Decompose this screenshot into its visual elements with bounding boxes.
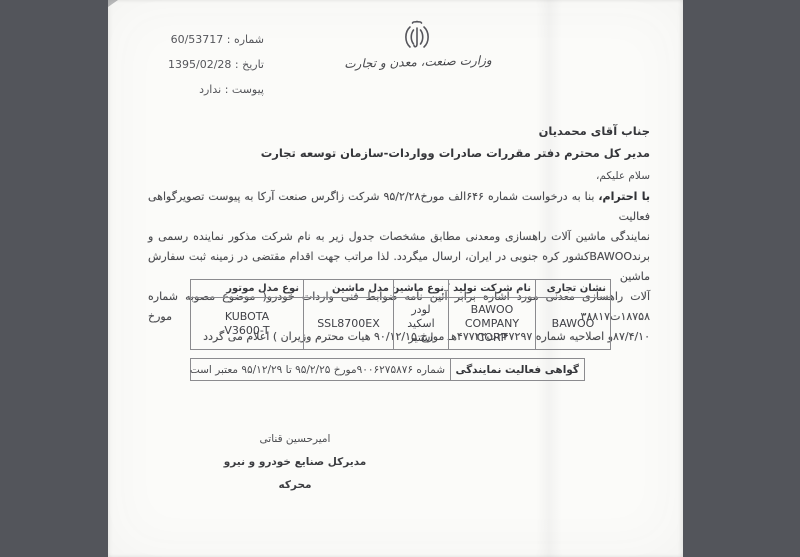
certificate-value: شماره ۹۰۰۶۲۷۵۸۷۶مورخ ۹۵/۲/۲۵ تا ۹۵/۱۲/۲۹… [191, 359, 451, 381]
cell-engine-model: KUBOTA V3600-T [191, 298, 304, 350]
cell-brand: BAWOO [536, 298, 611, 350]
header-machine-model: مدل ماشین [304, 280, 394, 298]
signer-name: امیرحسین قناتی [206, 428, 384, 451]
ministry-name: وزارت صنعت، معدن و تجارت [340, 53, 496, 71]
cell-machine-model: SSL8700EX [304, 298, 394, 350]
document-page: شماره : 60/53717 تاریخ : 1395/02/28 پیوس… [108, 0, 683, 557]
letter-meta-block: شماره : 60/53717 تاریخ : 1395/02/28 پیوس… [138, 27, 264, 102]
header-engine-model: نوع مدل موتور [191, 280, 304, 298]
letter-number-label: شماره : [227, 33, 264, 46]
letter-date-label: تاریخ : [235, 58, 264, 71]
screenshot-backdrop: شماره : 60/53717 تاریخ : 1395/02/28 پیوس… [0, 0, 800, 557]
salutation: سلام علیکم، [596, 170, 650, 182]
cell-manufacturer: BAWOO COMPANY CORP [449, 298, 536, 350]
certificate-label: گواهی فعالیت نمایندگی [451, 359, 585, 381]
recipient-title: مدیر کل محترم دفتر مقررات صادرات وواردات… [261, 146, 650, 160]
letter-attachment-row: پیوست : ندارد [138, 77, 264, 102]
page-corner-shadow [108, 0, 118, 7]
header-manufacturer: نام شرکت تولید کننده [449, 280, 536, 298]
signature-block: امیرحسین قناتی مدیرکل صنایع خودرو و نیرو… [206, 428, 384, 497]
recipient-name: جناب آقای محمدیان [539, 124, 650, 138]
letter-date-row: تاریخ : 1395/02/28 [138, 52, 264, 77]
cell-machine-type: لودر اسکید استیر [394, 298, 449, 350]
header-machine-type: نوع ماشین [394, 280, 449, 298]
body-line-2: نمایندگی ماشین آلات راهسازی ومعدنی مطابق… [148, 227, 650, 247]
body-lead: با احترام، [598, 190, 650, 203]
spec-header-row: نشان تجاری نام شرکت تولید کننده نوع ماشی… [191, 280, 611, 298]
letter-attachment-value: ندارد [199, 83, 221, 96]
machine-spec-table: نشان تجاری نام شرکت تولید کننده نوع ماشی… [190, 279, 611, 350]
letter-number-value: 60/53717 [171, 33, 224, 46]
signer-title: مدیرکل صنایع خودرو و نیرو محرکه [206, 451, 384, 497]
iran-coat-of-arms-icon [400, 18, 434, 56]
certificate-row: گواهی فعالیت نمایندگی شماره ۹۰۰۶۲۷۵۸۷۶مو… [191, 359, 585, 381]
letter-attachment-label: پیوست : [225, 83, 264, 96]
letter-number-row: شماره : 60/53717 [138, 27, 264, 52]
letter-date-value: 1395/02/28 [168, 58, 231, 71]
spec-data-row: BAWOO BAWOO COMPANY CORP لودر اسکید استی… [191, 298, 611, 350]
body-line-1: با احترام، بنا به درخواست شماره ۶۴۶الف م… [148, 187, 650, 227]
certificate-table: گواهی فعالیت نمایندگی شماره ۹۰۰۶۲۷۵۸۷۶مو… [190, 358, 585, 381]
body-line-1-text: بنا به درخواست شماره ۶۴۶الف مورخ۹۵/۲/۲۸ … [148, 190, 650, 223]
header-brand: نشان تجاری [536, 280, 611, 298]
